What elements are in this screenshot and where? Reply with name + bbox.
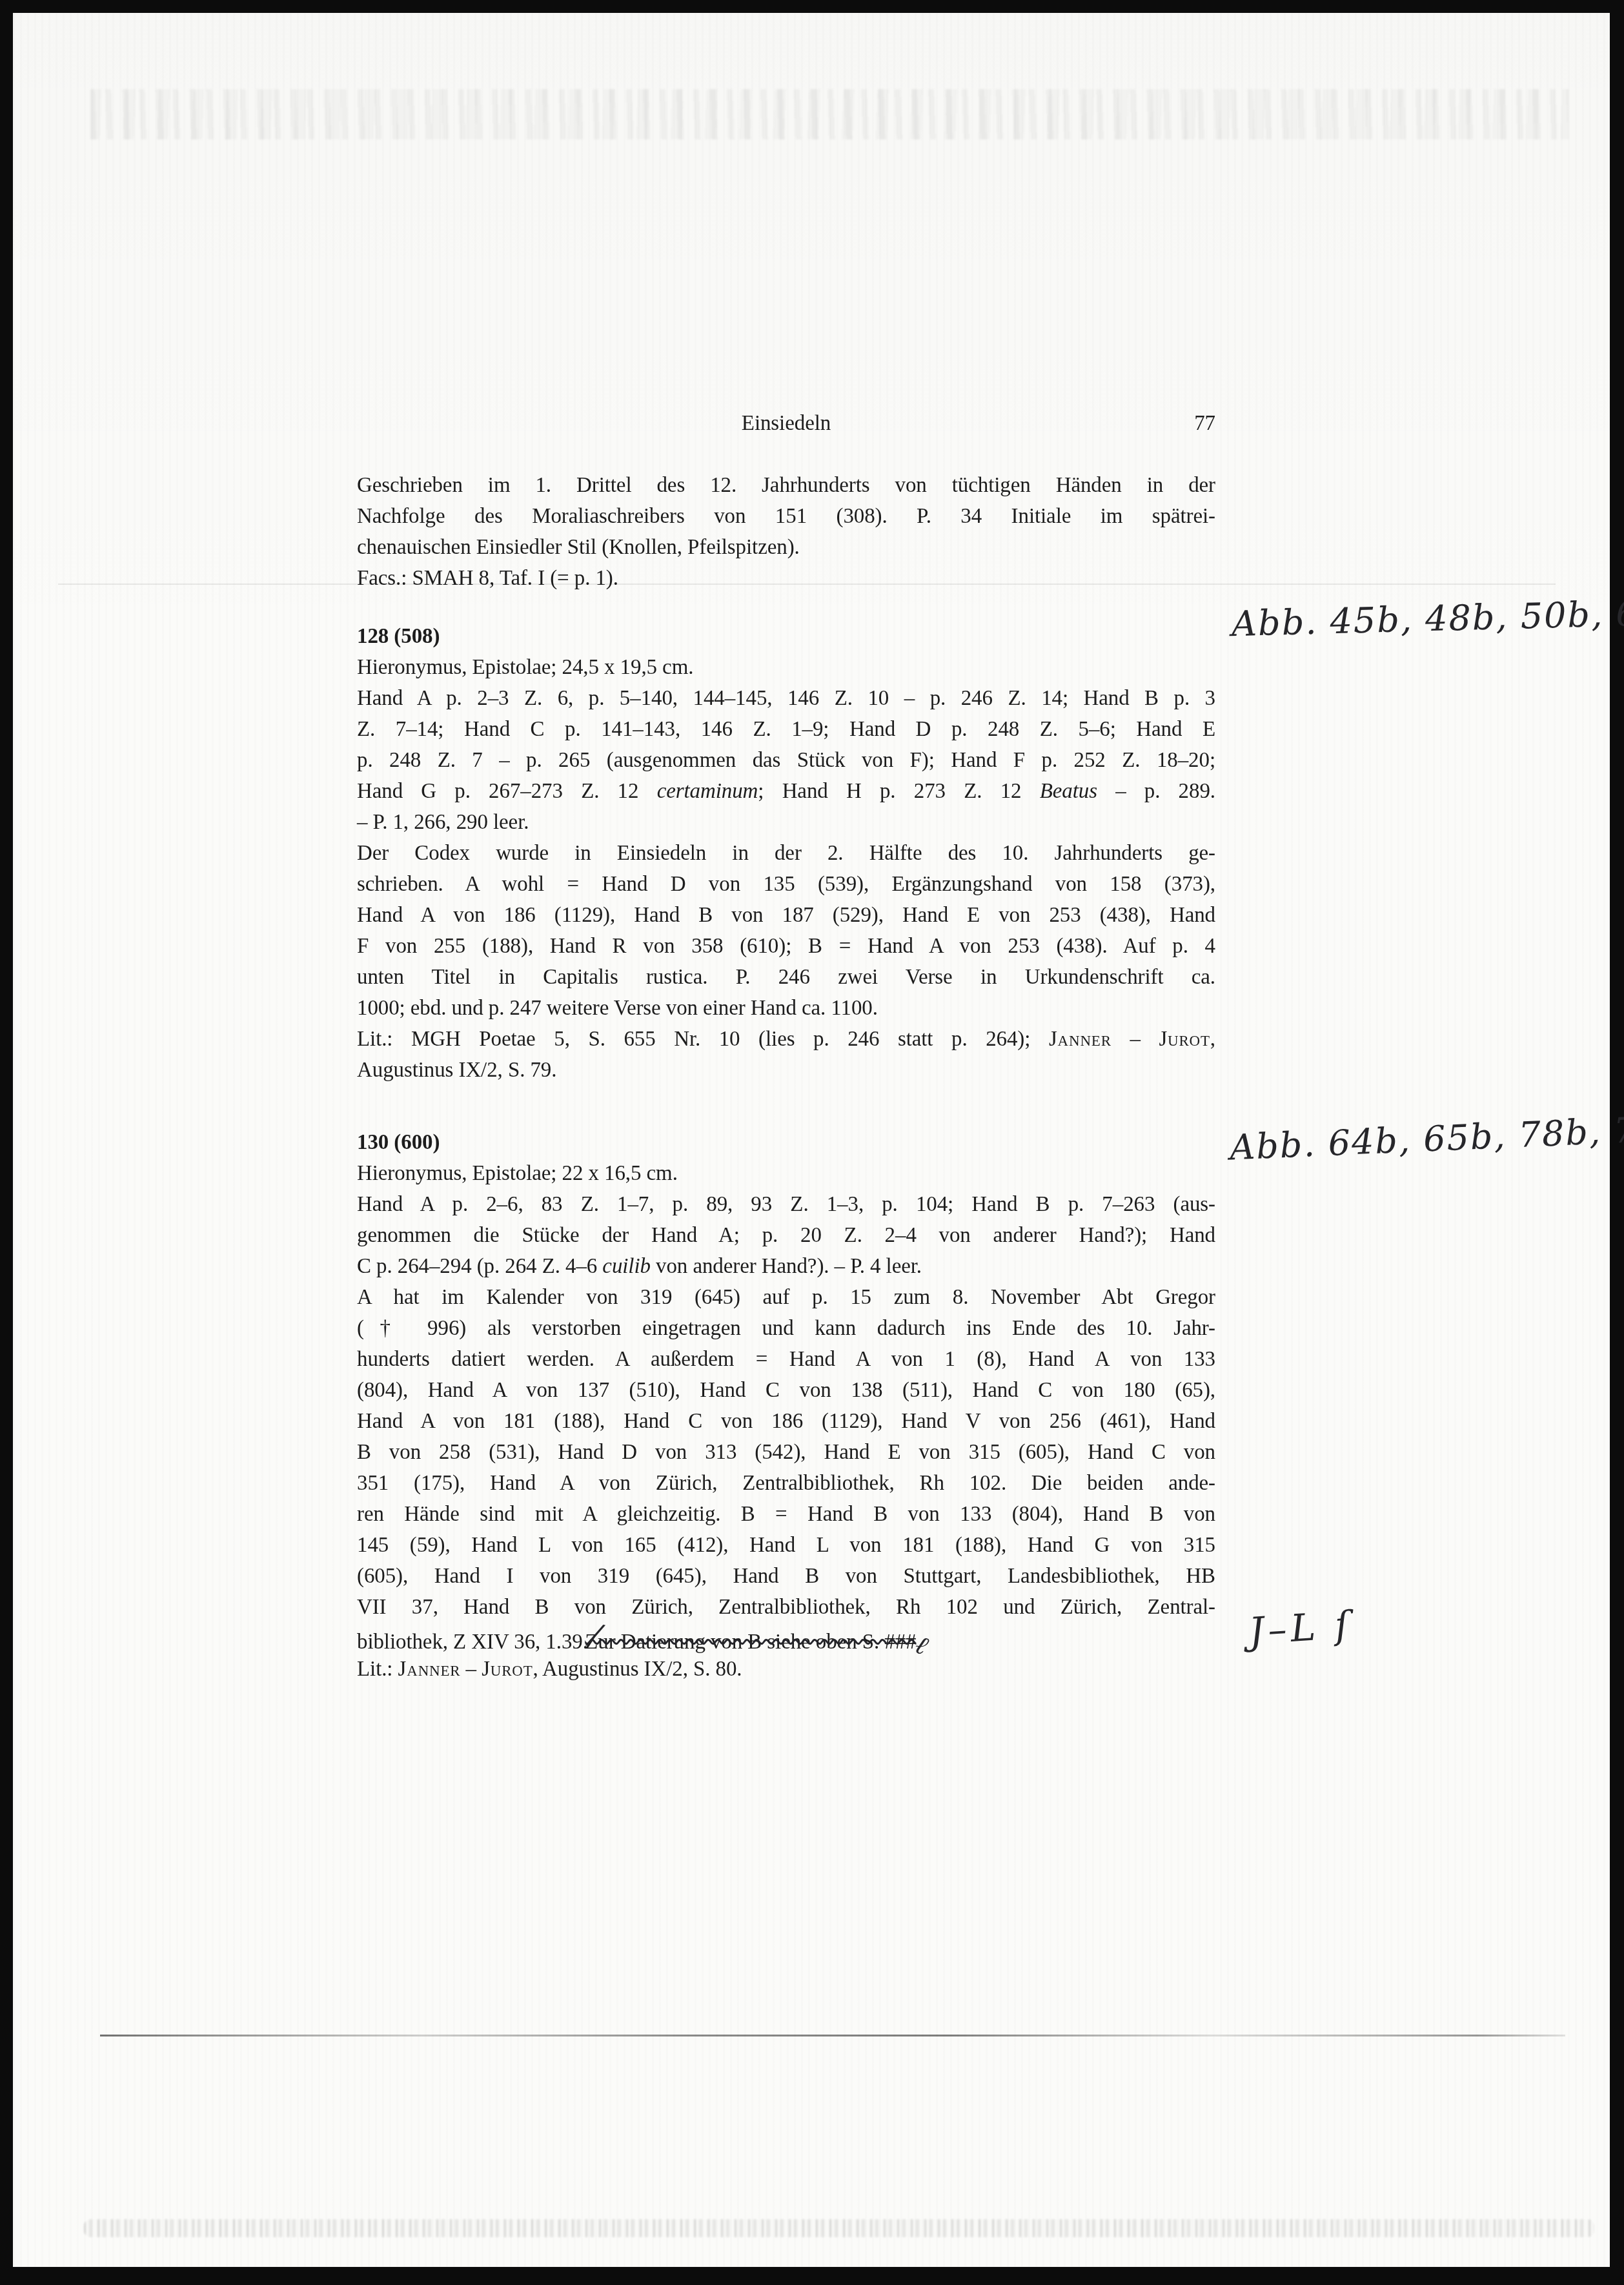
text-line: B von 258 (531), Hand D von 313 (542), H… [357,1437,1215,1468]
text-line: chenauischen Einsiedler Stil (Knollen, P… [357,532,1215,563]
scan-streak-line [100,2035,1565,2036]
text-line: (605), Hand I von 319 (645), Hand B von … [357,1561,1215,1592]
text-segment: Jurot [482,1658,533,1681]
ink-bleedthrough-band [90,89,1568,139]
running-header-title: Einsiedeln [357,408,1215,439]
text-segment: – P. 1, 266, 290 leer. [357,811,529,834]
text-line: Der Codex wurde in Einsiedeln in der 2. … [357,838,1215,869]
text-segment: (605), Hand I von 319 (645), Hand B von … [357,1565,1215,1588]
text-segment: Hand G p. 267–273 Z. 12 [357,780,657,803]
spacer [357,594,1215,621]
text-segment: Hand A p. 2–6, 83 Z. 1–7, p. 89, 93 Z. 1… [357,1193,1215,1216]
text-line: 351 (175), Hand A von Zürich, Zentralbib… [357,1468,1215,1499]
text-segment: p. 248 Z. 7 – p. 265 (ausgenommen das St… [357,749,1215,772]
text-line: Facs.: SMAH 8, Taf. I (= p. 1). [357,563,1215,594]
text-segment: (804), Hand A von 137 (510), Hand C von … [357,1379,1215,1402]
text-segment: schrieben. A wohl = Hand D von 135 (539)… [357,873,1215,896]
text-segment: unten Titel in Capitalis rustica. P. 246… [357,966,1215,989]
text-segment: – [1111,1028,1159,1051]
text-segment: 351 (175), Hand A von Zürich, Zentralbib… [357,1472,1215,1495]
text-segment: certaminum [657,780,758,803]
entry-number-128: 128 (508) [357,621,1215,652]
text-segment: , Augustinus IX/2, S. 80. [533,1658,742,1681]
text-line: bibliothek, Z XIV 36, 1.39.∕Zur Datierun… [357,1623,1215,1654]
text-segment: Hand A von 181 (188), Hand C von 186 (11… [357,1410,1215,1433]
spacer [357,1086,1215,1127]
text-segment: C p. 264–294 (p. 264 Z. 4–6 [357,1255,602,1278]
text-line: unten Titel in Capitalis rustica. P. 246… [357,962,1215,993]
text-line: VII 37, Hand B von Zürich, Zentralbiblio… [357,1592,1215,1623]
text-segment: Janner [1049,1028,1111,1051]
text-segment: bibliothek, Z XIV 36, 1.39. [357,1630,588,1654]
page-scan-surface: Einsiedeln 77 Geschrieben im 1. Drittel … [13,13,1610,2267]
text-segment: Augustinus IX/2, S. 79. [357,1059,556,1082]
text-line: Hieronymus, Epistolae; 22 x 16,5 cm. [357,1158,1215,1189]
text-line: C p. 264–294 (p. 264 Z. 4–6 cuilib von a… [357,1251,1215,1282]
text-segment: ren Hände sind mit A gleichzeitig. B = H… [357,1503,1215,1526]
text-segment: († 996) als verstorben eingetragen und k… [357,1317,1215,1340]
text-segment: – p. 289. [1097,780,1215,803]
entry-number-label: 130 (600) [357,1131,440,1154]
text-segment: F von 255 (188), Hand R von 358 (610); B… [357,935,1215,958]
text-line: (804), Hand A von 137 (510), Hand C von … [357,1375,1215,1406]
text-segment: Lit.: [357,1658,398,1681]
text-segment: Hieronymus, Epistolae; 22 x 16,5 cm. [357,1162,678,1185]
intro-paragraph: Geschrieben im 1. Drittel des 12. Jahrhu… [357,470,1215,594]
text-segment: 1000; ebd. und p. 247 weitere Verse von … [357,997,878,1020]
text-segment: Hand A von 186 (1129), Hand B von 187 (5… [357,904,1215,927]
page-number: 77 [1194,408,1215,439]
text-segment: ; Hand H p. 273 Z. 12 [758,780,1039,803]
text-segment: Beatus [1040,780,1097,803]
text-line: Lit.: Janner – Jurot, Augustinus IX/2, S… [357,1654,1215,1685]
text-segment: – [460,1658,482,1681]
text-line: 145 (59), Hand L von 165 (412), Hand L v… [357,1530,1215,1561]
text-segment: genommen die Stücke der Hand A; p. 20 Z.… [357,1224,1215,1247]
text-segment: von anderer Hand?). – P. 4 leer. [651,1255,922,1278]
text-line: Hand A p. 2–6, 83 Z. 1–7, p. 89, 93 Z. 1… [357,1189,1215,1220]
text-line: Lit.: MGH Poetae 5, S. 655 Nr. 10 (lies … [357,1024,1215,1055]
text-segment: , [1210,1028,1215,1051]
text-line: Hand G p. 267–273 Z. 12 certaminum; Hand… [357,776,1215,807]
text-segment: chenauischen Einsiedler Stil (Knollen, P… [357,536,800,559]
text-segment: Jurot [1159,1028,1210,1051]
text-line: genommen die Stücke der Hand A; p. 20 Z.… [357,1220,1215,1251]
text-line: schrieben. A wohl = Hand D von 135 (539)… [357,869,1215,900]
scan-noise-band [84,2219,1594,2237]
text-line: 1000; ebd. und p. 247 weitere Verse von … [357,993,1215,1024]
text-segment: Hand A p. 2–3 Z. 6, p. 5–140, 144–145, 1… [357,687,1215,710]
text-segment: Geschrieben im 1. Drittel des 12. Jahrhu… [357,474,1215,497]
text-line: Geschrieben im 1. Drittel des 12. Jahrhu… [357,470,1215,501]
text-line: Hand A von 186 (1129), Hand B von 187 (5… [357,900,1215,931]
text-segment: Der Codex wurde in Einsiedeln in der 2. … [357,842,1215,865]
text-column: Einsiedeln 77 Geschrieben im 1. Drittel … [357,408,1215,1685]
text-line: ren Hände sind mit A gleichzeitig. B = H… [357,1499,1215,1530]
entry-128-body: Hieronymus, Epistolae; 24,5 x 19,5 cm.Ha… [357,652,1215,1086]
text-line: Hand A von 181 (188), Hand C von 186 (11… [357,1406,1215,1437]
text-segment: cuilib [602,1255,651,1278]
text-segment: 145 (59), Hand L von 165 (412), Hand L v… [357,1534,1215,1557]
text-segment: Janner [398,1658,461,1681]
text-segment: A hat im Kalender von 319 (645) auf p. 1… [357,1286,1215,1309]
text-segment: Lit.: MGH Poetae 5, S. 655 Nr. 10 (lies … [357,1028,1049,1051]
entry-130-body: Hieronymus, Epistolae; 22 x 16,5 cm.Hand… [357,1158,1215,1685]
handwritten-initials: J–L ſ [1248,1602,1354,1653]
text-line: († 996) als verstorben eingetragen und k… [357,1313,1215,1344]
text-line: A hat im Kalender von 319 (645) auf p. 1… [357,1282,1215,1313]
text-line: hunderts datiert werden. A außerdem = Ha… [357,1344,1215,1375]
text-line: Nachfolge des Moraliaschreibers von 151 … [357,501,1215,532]
running-header: Einsiedeln 77 [357,408,1215,439]
handwritten-annotation-abb-130: Abb. 64b, 65b, 78b, 79 [1229,1108,1624,1168]
text-line: Hieronymus, Epistolae; 24,5 x 19,5 cm. [357,652,1215,683]
text-line: Augustinus IX/2, S. 79. [357,1055,1215,1086]
text-segment: B von 258 (531), Hand D von 313 (542), H… [357,1441,1215,1464]
text-segment: Facs.: SMAH 8, Taf. I (= p. 1). [357,567,618,590]
text-line: F von 255 (188), Hand R von 358 (610); B… [357,931,1215,962]
text-line: p. 248 Z. 7 – p. 265 (ausgenommen das St… [357,745,1215,776]
text-line: Z. 7–14; Hand C p. 141–143, 146 Z. 1–9; … [357,714,1215,745]
entry-number-label: 128 (508) [357,625,440,648]
text-segment: Hieronymus, Epistolae; 24,5 x 19,5 cm. [357,656,693,679]
text-segment: Zur Datierung von B siehe oben S. ### [585,1630,916,1654]
text-line: – P. 1, 266, 290 leer. [357,807,1215,838]
text-line: Hand A p. 2–3 Z. 6, p. 5–140, 144–145, 1… [357,683,1215,714]
entry-number-130: 130 (600) [357,1127,1215,1158]
text-segment: Z. 7–14; Hand C p. 141–143, 146 Z. 1–9; … [357,718,1215,741]
scanned-catalog-page: { "header": { "section_title": "Einsiede… [0,0,1624,2285]
handwritten-annotation-abb-128: Abb. 45b, 48b, 50b, 64a [1231,592,1624,644]
text-segment: VII 37, Hand B von Zürich, Zentralbiblio… [357,1596,1215,1619]
text-segment: Nachfolge des Moraliaschreibers von 151 … [357,505,1215,528]
text-segment: hunderts datiert werden. A außerdem = Ha… [357,1348,1215,1371]
